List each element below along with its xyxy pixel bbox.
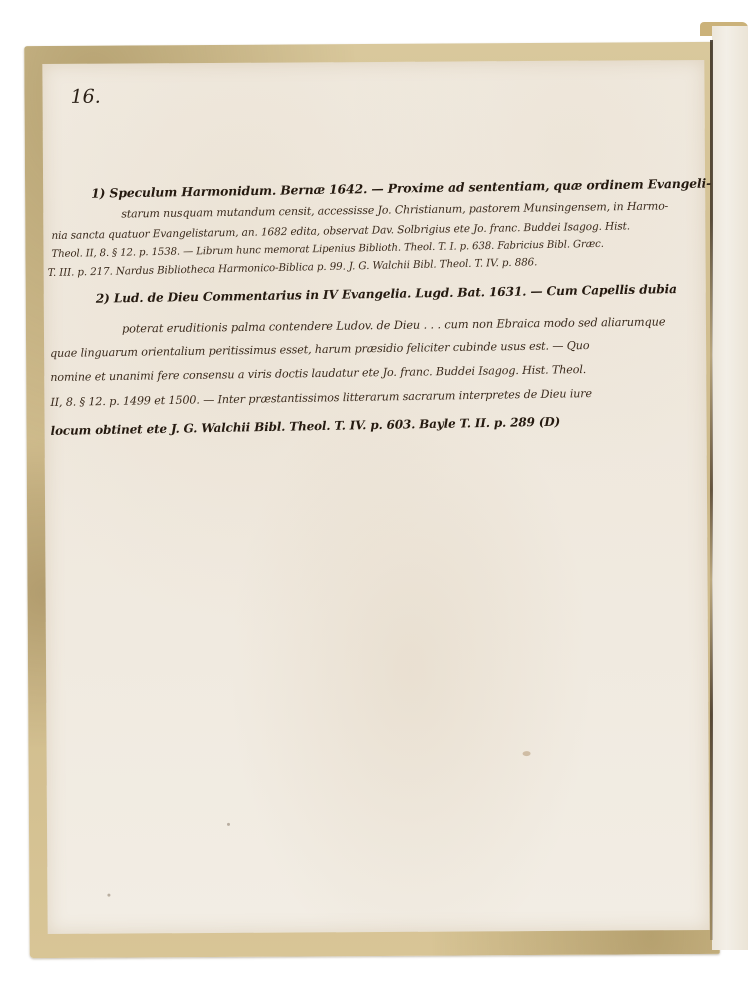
- note-1-line-2: starum nusquam mutandum censit, accessis…: [121, 199, 668, 220]
- note-1-line-3: nia sancta quatuor Evangelistarum, an. 1…: [51, 220, 630, 242]
- note-2-line-1: 2) Lud. de Dieu Commentarius in IV Evang…: [96, 282, 677, 306]
- manuscript-page: 16. 1) Speculum Harmonidum. Bernæ 1642. …: [42, 60, 709, 934]
- note-2-line-3: quae linguarum orientalium peritissimus …: [50, 339, 589, 360]
- note-2-line-6: locum obtinet ete J. G. Walchii Bibl. Th…: [50, 415, 560, 438]
- note-2-line-2: poterat eruditionis palma contendere Lud…: [122, 314, 666, 335]
- note-1-line-5: T. III. p. 217. Nardus Bibliotheca Harmo…: [47, 256, 537, 279]
- note-2-line-5: II, 8. § 12. p. 1499 et 1500. — Inter pr…: [50, 387, 592, 409]
- note-2-line-4: nomine et unanimi fere consensu a viris …: [50, 363, 586, 384]
- handwritten-notes: 1) Speculum Harmonidum. Bernæ 1642. — Pr…: [42, 60, 709, 934]
- page-fore-edge: [712, 26, 748, 950]
- note-1-line-1: 1) Speculum Harmonidum. Bernæ 1642. — Pr…: [91, 175, 711, 200]
